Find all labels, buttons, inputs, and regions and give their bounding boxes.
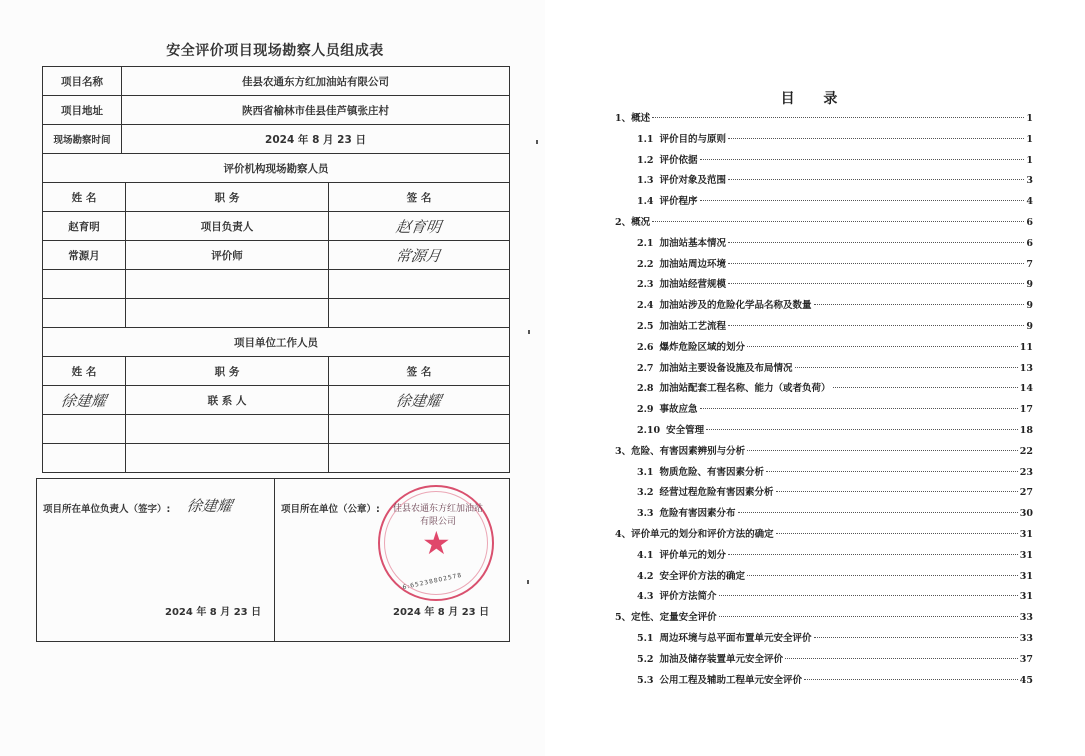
toc-leader-dots (814, 304, 1025, 305)
toc-entry-page: 31 (1020, 529, 1033, 540)
toc-entry-number: 2.5 (637, 321, 654, 332)
toc-entry-page: 6 (1026, 217, 1033, 228)
toc-entry[interactable]: 2.7加油站主要设备设施及布局情况13 (615, 360, 1033, 381)
table-row-empty (43, 444, 509, 473)
toc-entry-page: 9 (1026, 321, 1033, 332)
toc-entry-page: 13 (1020, 363, 1033, 374)
toc-entry-title: 定性、定量安全评价 (631, 609, 717, 623)
survey-date-value: 2024 年 8 月 23 日 (122, 125, 509, 153)
toc-entry-number: 2.10 (637, 425, 660, 436)
toc-entry[interactable]: 1.4评价程序4 (615, 193, 1033, 214)
person-role (126, 270, 329, 298)
toc-entry[interactable]: 2.8加油站配套工程名称、能力（或者负荷）14 (615, 380, 1033, 401)
toc-entry-page: 11 (1020, 342, 1033, 353)
col-name-header: 姓 名 (43, 357, 126, 385)
toc-entry-page: 30 (1020, 508, 1033, 519)
toc-entry[interactable]: 3.1物质危险、有害因素分析23 (615, 464, 1033, 485)
project-name-value: 佳县农通东方红加油站有限公司 (122, 67, 509, 95)
toc-leader-dots (728, 554, 1018, 555)
survey-date-row: 现场勘察时间 2024 年 8 月 23 日 (43, 125, 509, 154)
person-signature (329, 270, 509, 298)
unit-header-row: 姓 名 职 务 签 名 (43, 357, 509, 386)
person-name: 常源月 (43, 241, 126, 269)
scan-speck (527, 580, 529, 584)
project-name-row: 项目名称 佳县农通东方红加油站有限公司 (43, 67, 509, 96)
table-row-empty (43, 299, 509, 328)
col-role-header: 职 务 (126, 357, 329, 385)
toc-entry[interactable]: 4、评价单元的划分和评价方法的确定31 (615, 526, 1033, 547)
person-signature (329, 299, 509, 327)
project-address-label: 项目地址 (43, 96, 122, 124)
toc-entry-title: 危险有害因素分布 (660, 505, 736, 519)
toc-entry-page: 9 (1026, 300, 1033, 311)
col-sign-header: 签 名 (329, 357, 509, 385)
person-name (43, 270, 126, 298)
toc-entry[interactable]: 5.2加油及储存装置单元安全评价37 (615, 651, 1033, 672)
toc-entry-page: 22 (1020, 446, 1033, 457)
table-row: 徐建耀 联 系 人 徐建耀 (43, 386, 509, 415)
unit-section-heading-row: 项目单位工作人员 (43, 328, 509, 357)
table-row-empty (43, 415, 509, 444)
toc-entry-number: 5.3 (637, 675, 654, 686)
toc-entry-number: 2.6 (637, 342, 654, 353)
toc-entry-title: 加油站周边环境 (660, 256, 727, 270)
toc-entry[interactable]: 2.2加油站周边环境7 (615, 256, 1033, 277)
toc-entry-title: 评价单元的划分 (660, 547, 727, 561)
toc-leader-dots (766, 471, 1018, 472)
toc-entry-number: 1.3 (637, 175, 654, 186)
toc-entry-title: 危险、有害因素辨别与分析 (631, 443, 745, 457)
toc-leader-dots (728, 179, 1024, 180)
toc-entry-title: 评价对象及范围 (660, 172, 727, 186)
col-name-header: 姓 名 (43, 183, 126, 211)
toc-leader-dots (728, 325, 1024, 326)
project-address-row: 项目地址 陕西省榆林市佳县佳芦镇张庄村 (43, 96, 509, 125)
person-role: 联 系 人 (126, 386, 329, 414)
toc-entry-number: 1、 (615, 110, 631, 124)
unit-leader-signature: 徐建耀 (186, 495, 234, 516)
person-name (43, 444, 126, 472)
toc-leader-dots (719, 616, 1018, 617)
toc-entry-title: 概况 (631, 214, 650, 228)
toc-entry-title: 评价程序 (660, 193, 698, 207)
person-role (126, 299, 329, 327)
toc-entry-title: 周边环境与总平面布置单元安全评价 (660, 630, 812, 644)
toc-entry-page: 1 (1026, 155, 1033, 166)
toc-leader-dots (776, 491, 1018, 492)
toc-entry[interactable]: 4.1评价单元的划分31 (615, 547, 1033, 568)
toc-entry[interactable]: 3.2经营过程危险有害因素分析27 (615, 484, 1033, 505)
agency-section-heading-row: 评价机构现场勘察人员 (43, 154, 509, 183)
toc-leader-dots (776, 533, 1018, 534)
toc-entry-page: 27 (1020, 487, 1033, 498)
toc-entry-number: 4、 (615, 526, 631, 540)
toc-entry-title: 事故应急 (660, 401, 698, 415)
toc-entry-number: 1.4 (637, 196, 654, 207)
toc-entry[interactable]: 5、定性、定量安全评价33 (615, 609, 1033, 630)
toc-entry-title: 加油站经营规模 (660, 276, 727, 290)
person-signature (329, 415, 509, 443)
unit-leader-date: 2024 年 8 月 23 日 (165, 603, 261, 618)
toc-entry-number: 2.2 (637, 259, 654, 270)
toc-entry-number: 5、 (615, 609, 631, 623)
toc-leader-dots (795, 367, 1018, 368)
project-name-label: 项目名称 (43, 67, 122, 95)
agency-section-heading: 评价机构现场勘察人员 (43, 154, 509, 182)
project-address-value: 陕西省榆林市佳县佳芦镇张庄村 (122, 96, 509, 124)
toc-entry-page: 14 (1020, 383, 1033, 394)
agency-header-row: 姓 名 职 务 签 名 (43, 183, 509, 212)
handwritten-signature: 常源月 (395, 245, 443, 266)
form-title: 安全评价项目现场勘察人员组成表 (40, 40, 510, 60)
toc-entry[interactable]: 1、概述1 (615, 110, 1033, 131)
toc-entry[interactable]: 2.10安全管理18 (615, 422, 1033, 443)
toc-entry-page: 1 (1026, 113, 1033, 124)
toc-entry-title: 爆炸危险区域的划分 (660, 339, 746, 353)
toc-entry-page: 6 (1026, 238, 1033, 249)
toc-entry-number: 4.2 (637, 571, 654, 582)
toc-entry[interactable]: 4.3评价方法简介31 (615, 588, 1033, 609)
toc-entry-number: 2.4 (637, 300, 654, 311)
toc-entry[interactable]: 3.3危险有害因素分布30 (615, 505, 1033, 526)
unit-seal-label: 项目所在单位（公章）: (281, 501, 380, 515)
person-name (43, 415, 126, 443)
toc-entry-title: 公用工程及辅助工程单元安全评价 (660, 672, 803, 686)
toc-entry[interactable]: 2.5加油站工艺流程9 (615, 318, 1033, 339)
toc-entry-number: 2.3 (637, 279, 654, 290)
toc-entry-number: 3.2 (637, 487, 654, 498)
toc-entry-page: 4 (1026, 196, 1033, 207)
toc-entry-title: 评价目的与原则 (660, 131, 727, 145)
toc-entry[interactable]: 1.1评价目的与原则1 (615, 131, 1033, 152)
toc-entry[interactable]: 2.1加油站基本情况6 (615, 235, 1033, 256)
toc-entry-number: 3.3 (637, 508, 654, 519)
toc-entry-title: 经营过程危险有害因素分析 (660, 484, 774, 498)
person-role (126, 444, 329, 472)
toc-entry-number: 4.3 (637, 591, 654, 602)
toc-leader-dots (719, 595, 1018, 596)
toc-entry[interactable]: 2.6爆炸危险区域的划分11 (615, 339, 1033, 360)
toc-entry-title: 物质危险、有害因素分析 (660, 464, 765, 478)
toc-entry[interactable]: 2、概况6 (615, 214, 1033, 235)
toc-entry-page: 33 (1020, 612, 1033, 623)
toc-leader-dots (814, 637, 1018, 638)
toc-entry-title: 加油及储存装置单元安全评价 (660, 651, 784, 665)
toc-entry-page: 31 (1020, 571, 1033, 582)
toc-entry-page: 17 (1020, 404, 1033, 415)
toc-leader-dots (652, 117, 1024, 118)
toc-entry-number: 1.2 (637, 155, 654, 166)
person-signature: 常源月 (329, 241, 509, 269)
handwritten-signature: 赵育明 (395, 216, 443, 237)
toc-leader-dots (747, 346, 1018, 347)
toc-leader-dots (728, 263, 1024, 264)
toc-leader-dots (738, 512, 1018, 513)
survey-date-label: 现场勘察时间 (43, 125, 122, 153)
toc-leader-dots (700, 159, 1025, 160)
toc-leader-dots (700, 408, 1018, 409)
toc-leader-dots (833, 387, 1018, 388)
toc-entry-number: 3、 (615, 443, 631, 457)
person-name: 徐建耀 (43, 386, 126, 414)
toc-leader-dots (728, 138, 1024, 139)
toc-entry-page: 31 (1020, 591, 1033, 602)
toc-entry-number: 2.8 (637, 383, 654, 394)
unit-section-heading: 项目单位工作人员 (43, 328, 509, 356)
toc-leader-dots (728, 242, 1024, 243)
toc-entry[interactable]: 5.3公用工程及辅助工程单元安全评价45 (615, 672, 1033, 693)
scan-speck (528, 330, 530, 334)
toc-entry-page: 9 (1026, 279, 1033, 290)
person-name (43, 299, 126, 327)
toc-entry-page: 45 (1020, 675, 1033, 686)
toc-leader-dots (747, 450, 1018, 451)
company-seal: 佳县农通东方红加油站有限公司 ★ 6:65238802578 (378, 485, 494, 601)
toc-entry-title: 加油站工艺流程 (660, 318, 727, 332)
toc-entry-page: 7 (1026, 259, 1033, 270)
survey-table: 项目名称 佳县农通东方红加油站有限公司 项目地址 陕西省榆林市佳县佳芦镇张庄村 … (42, 66, 510, 473)
person-role: 评价师 (126, 241, 329, 269)
toc-entry-number: 2、 (615, 214, 631, 228)
toc-entry-title: 加油站基本情况 (660, 235, 727, 249)
toc-entry-number: 2.7 (637, 363, 654, 374)
toc-entry-title: 加油站配套工程名称、能力（或者负荷） (660, 380, 831, 394)
toc-title: 目 录 (545, 88, 1085, 108)
toc-entry-page: 1 (1026, 134, 1033, 145)
toc-leader-dots (747, 575, 1018, 576)
toc-entry[interactable]: 4.2安全评价方法的确定31 (615, 568, 1033, 589)
person-name: 赵育明 (43, 212, 126, 240)
toc-entry-title: 安全管理 (666, 422, 704, 436)
person-signature: 徐建耀 (329, 386, 509, 414)
toc-entry-number: 5.1 (637, 633, 654, 644)
table-row: 赵育明 项目负责人 赵育明 (43, 212, 509, 241)
toc-leader-dots (700, 200, 1025, 201)
toc-entry-page: 37 (1020, 654, 1033, 665)
table-row-empty (43, 270, 509, 299)
toc-entry[interactable]: 2.3加油站经营规模9 (615, 276, 1033, 297)
toc-entry[interactable]: 1.2评价依据1 (615, 152, 1033, 173)
toc-entry-number: 3.1 (637, 467, 654, 478)
unit-leader-label: 项目所在单位负责人（签字）: (43, 501, 170, 515)
scan-speck (536, 140, 538, 144)
toc-entry-number: 2.9 (637, 404, 654, 415)
toc-leader-dots (785, 658, 1018, 659)
toc-entry-title: 评价方法简介 (660, 588, 717, 602)
table-row: 常源月 评价师 常源月 (43, 241, 509, 270)
person-signature: 赵育明 (329, 212, 509, 240)
toc-entry-title: 加油站主要设备设施及布局情况 (660, 360, 793, 374)
toc-entry-title: 安全评价方法的确定 (660, 568, 746, 582)
col-role-header: 职 务 (126, 183, 329, 211)
unit-seal-date: 2024 年 8 月 23 日 (393, 603, 489, 618)
star-icon: ★ (422, 527, 451, 559)
toc-entry[interactable]: 5.1周边环境与总平面布置单元安全评价33 (615, 630, 1033, 651)
person-role: 项目负责人 (126, 212, 329, 240)
toc-entry-page: 33 (1020, 633, 1033, 644)
toc-entry[interactable]: 3、危险、有害因素辨别与分析22 (615, 443, 1033, 464)
toc-entry-title: 评价单元的划分和评价方法的确定 (631, 526, 774, 540)
col-sign-header: 签 名 (329, 183, 509, 211)
toc-leader-dots (706, 429, 1018, 430)
toc-leader-dots (804, 679, 1018, 680)
toc-leader-dots (652, 221, 1024, 222)
unit-leader-signature-cell: 项目所在单位负责人（签字）: 徐建耀 2024 年 8 月 23 日 (37, 479, 275, 641)
toc-entry-title: 评价依据 (660, 152, 698, 166)
toc-entry[interactable]: 2.9事故应急17 (615, 401, 1033, 422)
handwritten-name: 徐建耀 (60, 390, 108, 411)
toc-entry-number: 1.1 (637, 134, 654, 145)
toc-entry-page: 18 (1020, 425, 1033, 436)
toc-entry[interactable]: 1.3评价对象及范围3 (615, 172, 1033, 193)
toc-entry-number: 2.1 (637, 238, 654, 249)
toc-leader-dots (728, 283, 1024, 284)
toc-entry-number: 5.2 (637, 654, 654, 665)
toc-entry-page: 31 (1020, 550, 1033, 561)
table-of-contents: 1、概述11.1评价目的与原则11.2评价依据11.3评价对象及范围31.4评价… (615, 110, 1033, 692)
person-signature (329, 444, 509, 472)
toc-entry-title: 概述 (631, 110, 650, 124)
toc-entry-page: 3 (1026, 175, 1033, 186)
toc-entry-title: 加油站涉及的危险化学品名称及数量 (660, 297, 812, 311)
toc-entry[interactable]: 2.4加油站涉及的危险化学品名称及数量9 (615, 297, 1033, 318)
handwritten-signature: 徐建耀 (395, 390, 443, 411)
toc-entry-page: 23 (1020, 467, 1033, 478)
person-role (126, 415, 329, 443)
toc-entry-number: 4.1 (637, 550, 654, 561)
